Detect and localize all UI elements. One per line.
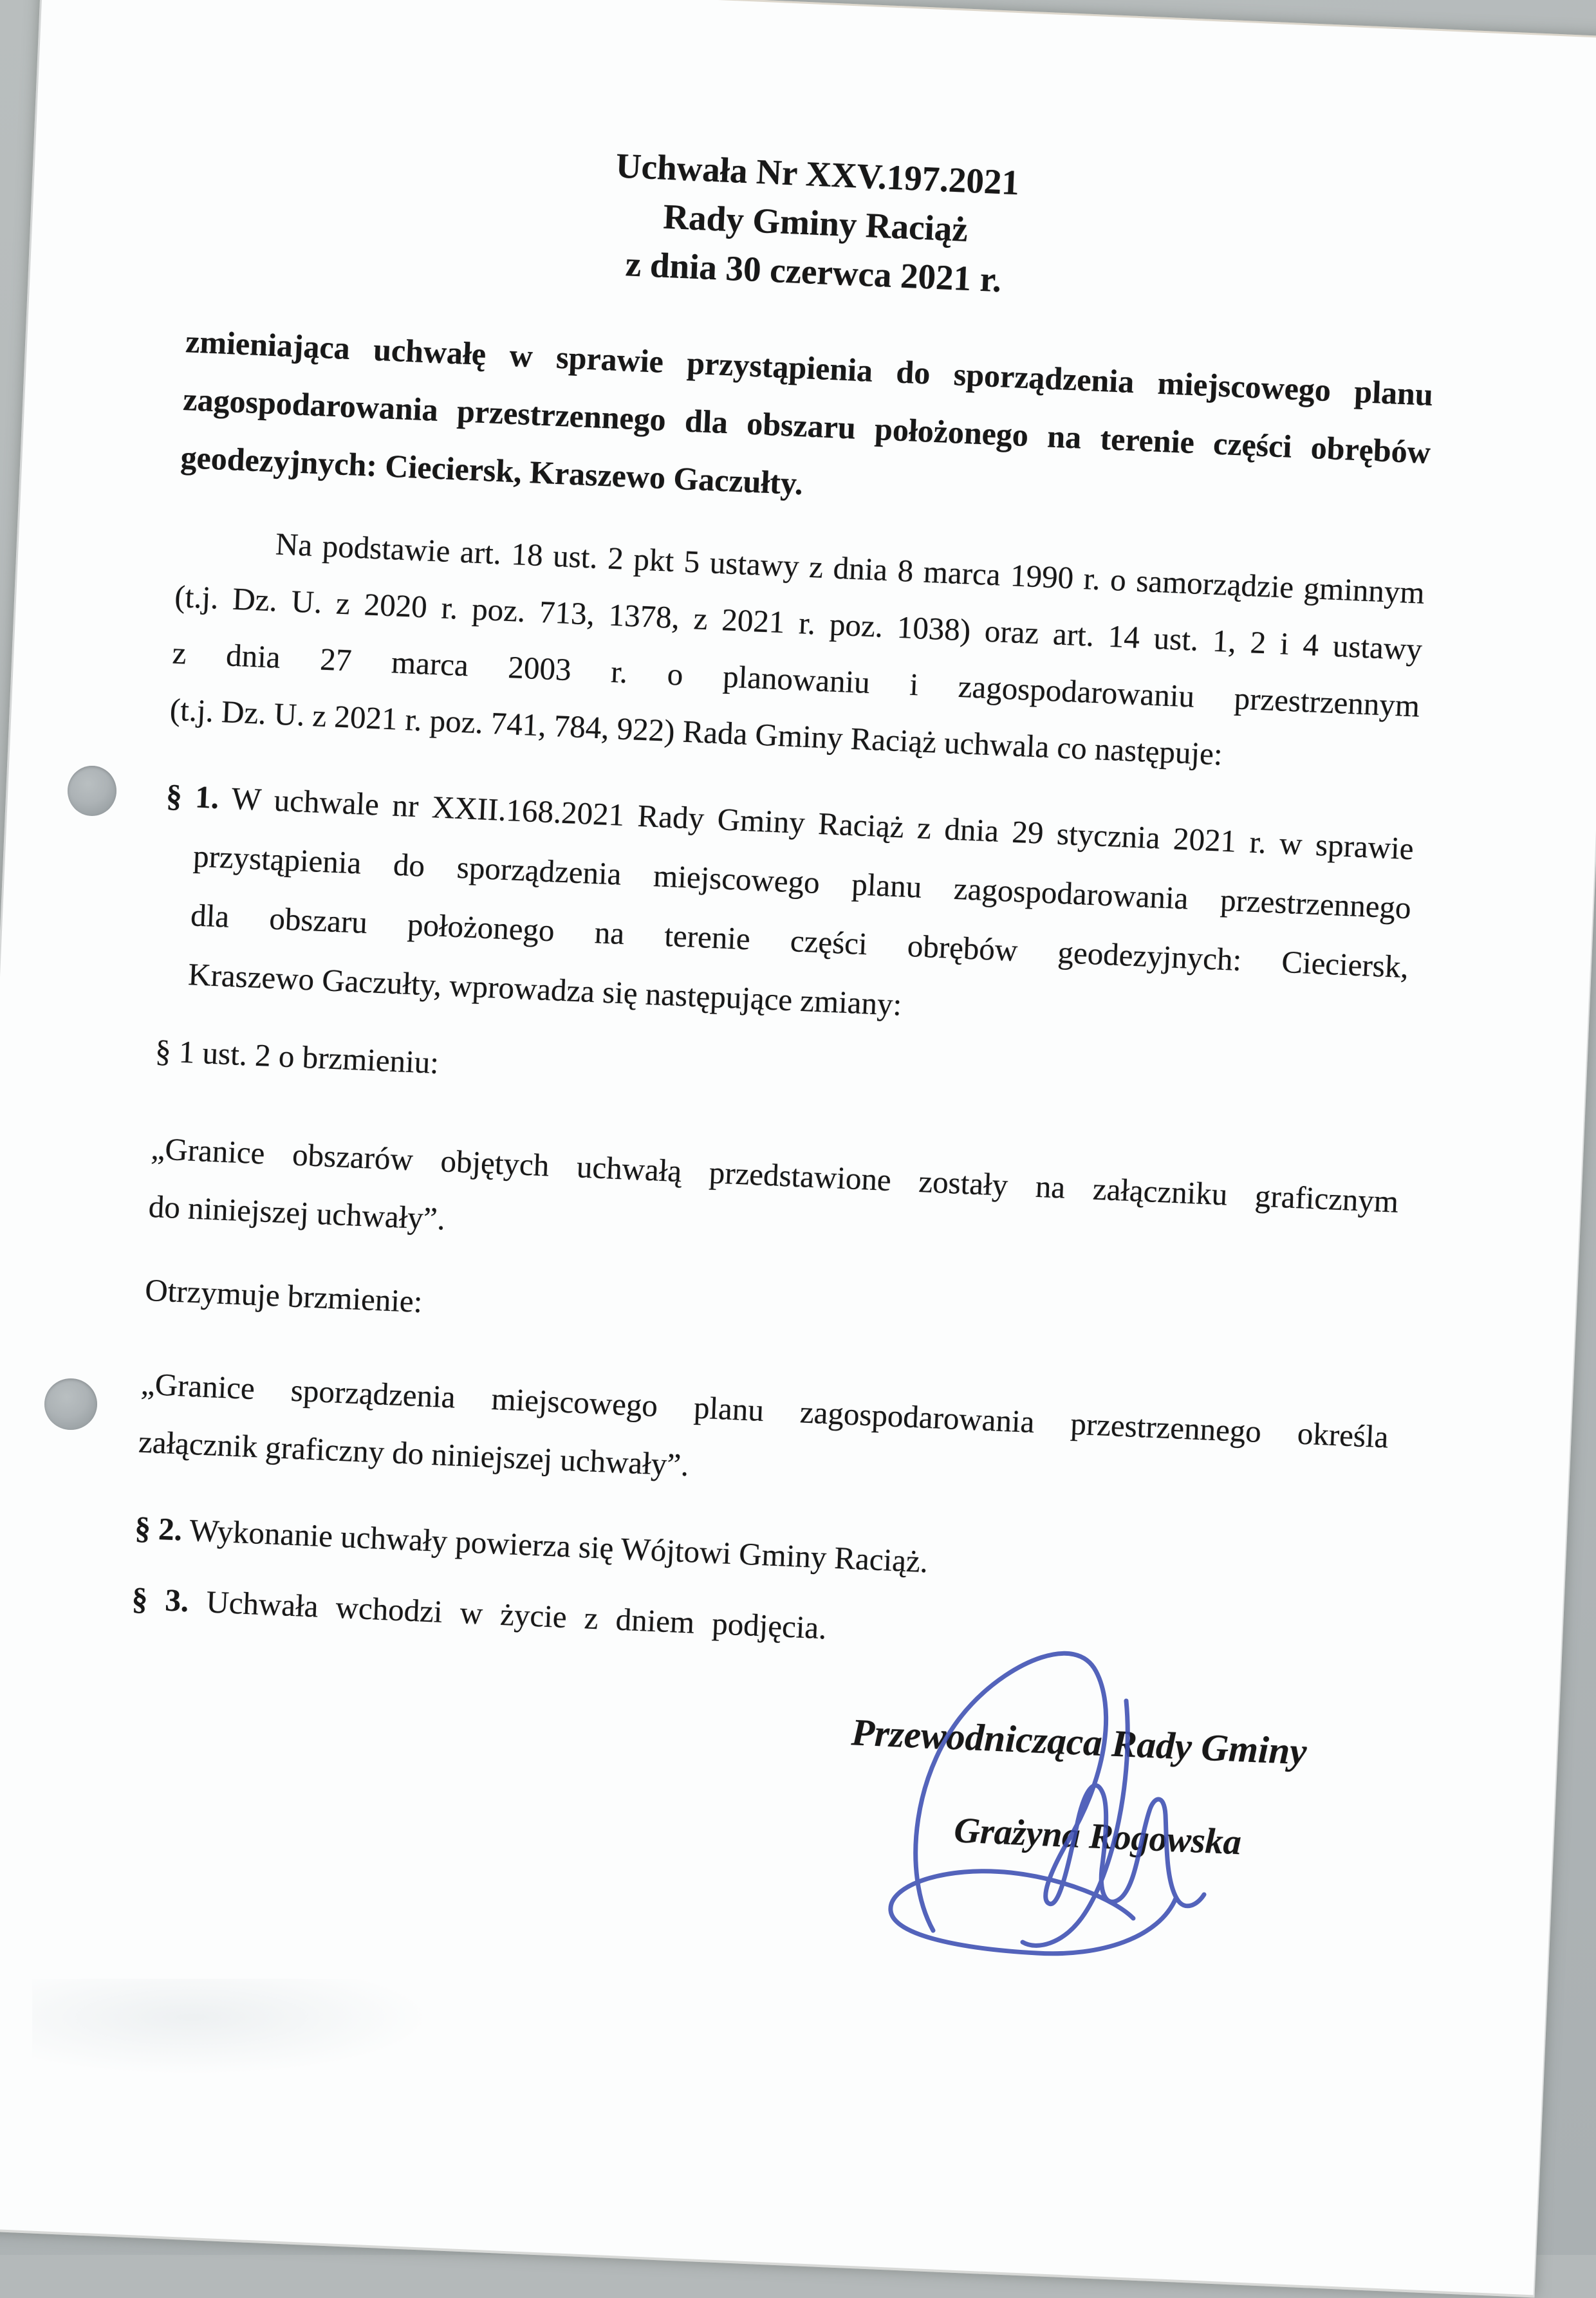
hole-punch-mark-top xyxy=(68,766,116,816)
paragraph-2-marker: § 2. xyxy=(134,1510,183,1547)
legal-basis-paragraph: Na podstawie art. 18 ust. 2 pkt 5 ustawy… xyxy=(169,512,1425,792)
paragraph-2-text: Wykonanie uchwały powierza się Wójtowi G… xyxy=(189,1512,929,1579)
quoted-provision-old: „Granice obszarów objętych uchwałą przed… xyxy=(147,1120,1400,1289)
paragraph-1: § 1. W uchwale nr XXII.168.2021 Rady Gmi… xyxy=(158,766,1415,1057)
paragraph-3-marker: § 3. xyxy=(131,1580,190,1618)
document-title: Uchwała Nr XXV.197.2021 Rady Gminy Racią… xyxy=(189,123,1442,323)
quoted-provision-new: „Granice sporządzenia miejscowego planu … xyxy=(137,1355,1389,1524)
subject-paragraph: zmieniająca uchwałę w sprawie przystąpie… xyxy=(180,312,1434,539)
handwritten-signature-ink xyxy=(856,1628,1216,1963)
paragraph-3-text: Uchwała wchodzi w życie z dniem podjęcia… xyxy=(205,1584,827,1645)
scanned-page: Uchwała Nr XXV.197.2021 Rady Gminy Racią… xyxy=(0,0,1596,2255)
document-content: Uchwała Nr XXV.197.2021 Rady Gminy Racią… xyxy=(0,0,1596,2255)
signature-stroke-loop xyxy=(891,1871,1176,1954)
hole-punch-mark-bottom xyxy=(44,1378,97,1430)
paragraph-1-marker: § 1. xyxy=(165,778,219,815)
signature-stroke-main xyxy=(916,1653,1204,1931)
scan-smudge-artifact xyxy=(32,1979,431,2075)
